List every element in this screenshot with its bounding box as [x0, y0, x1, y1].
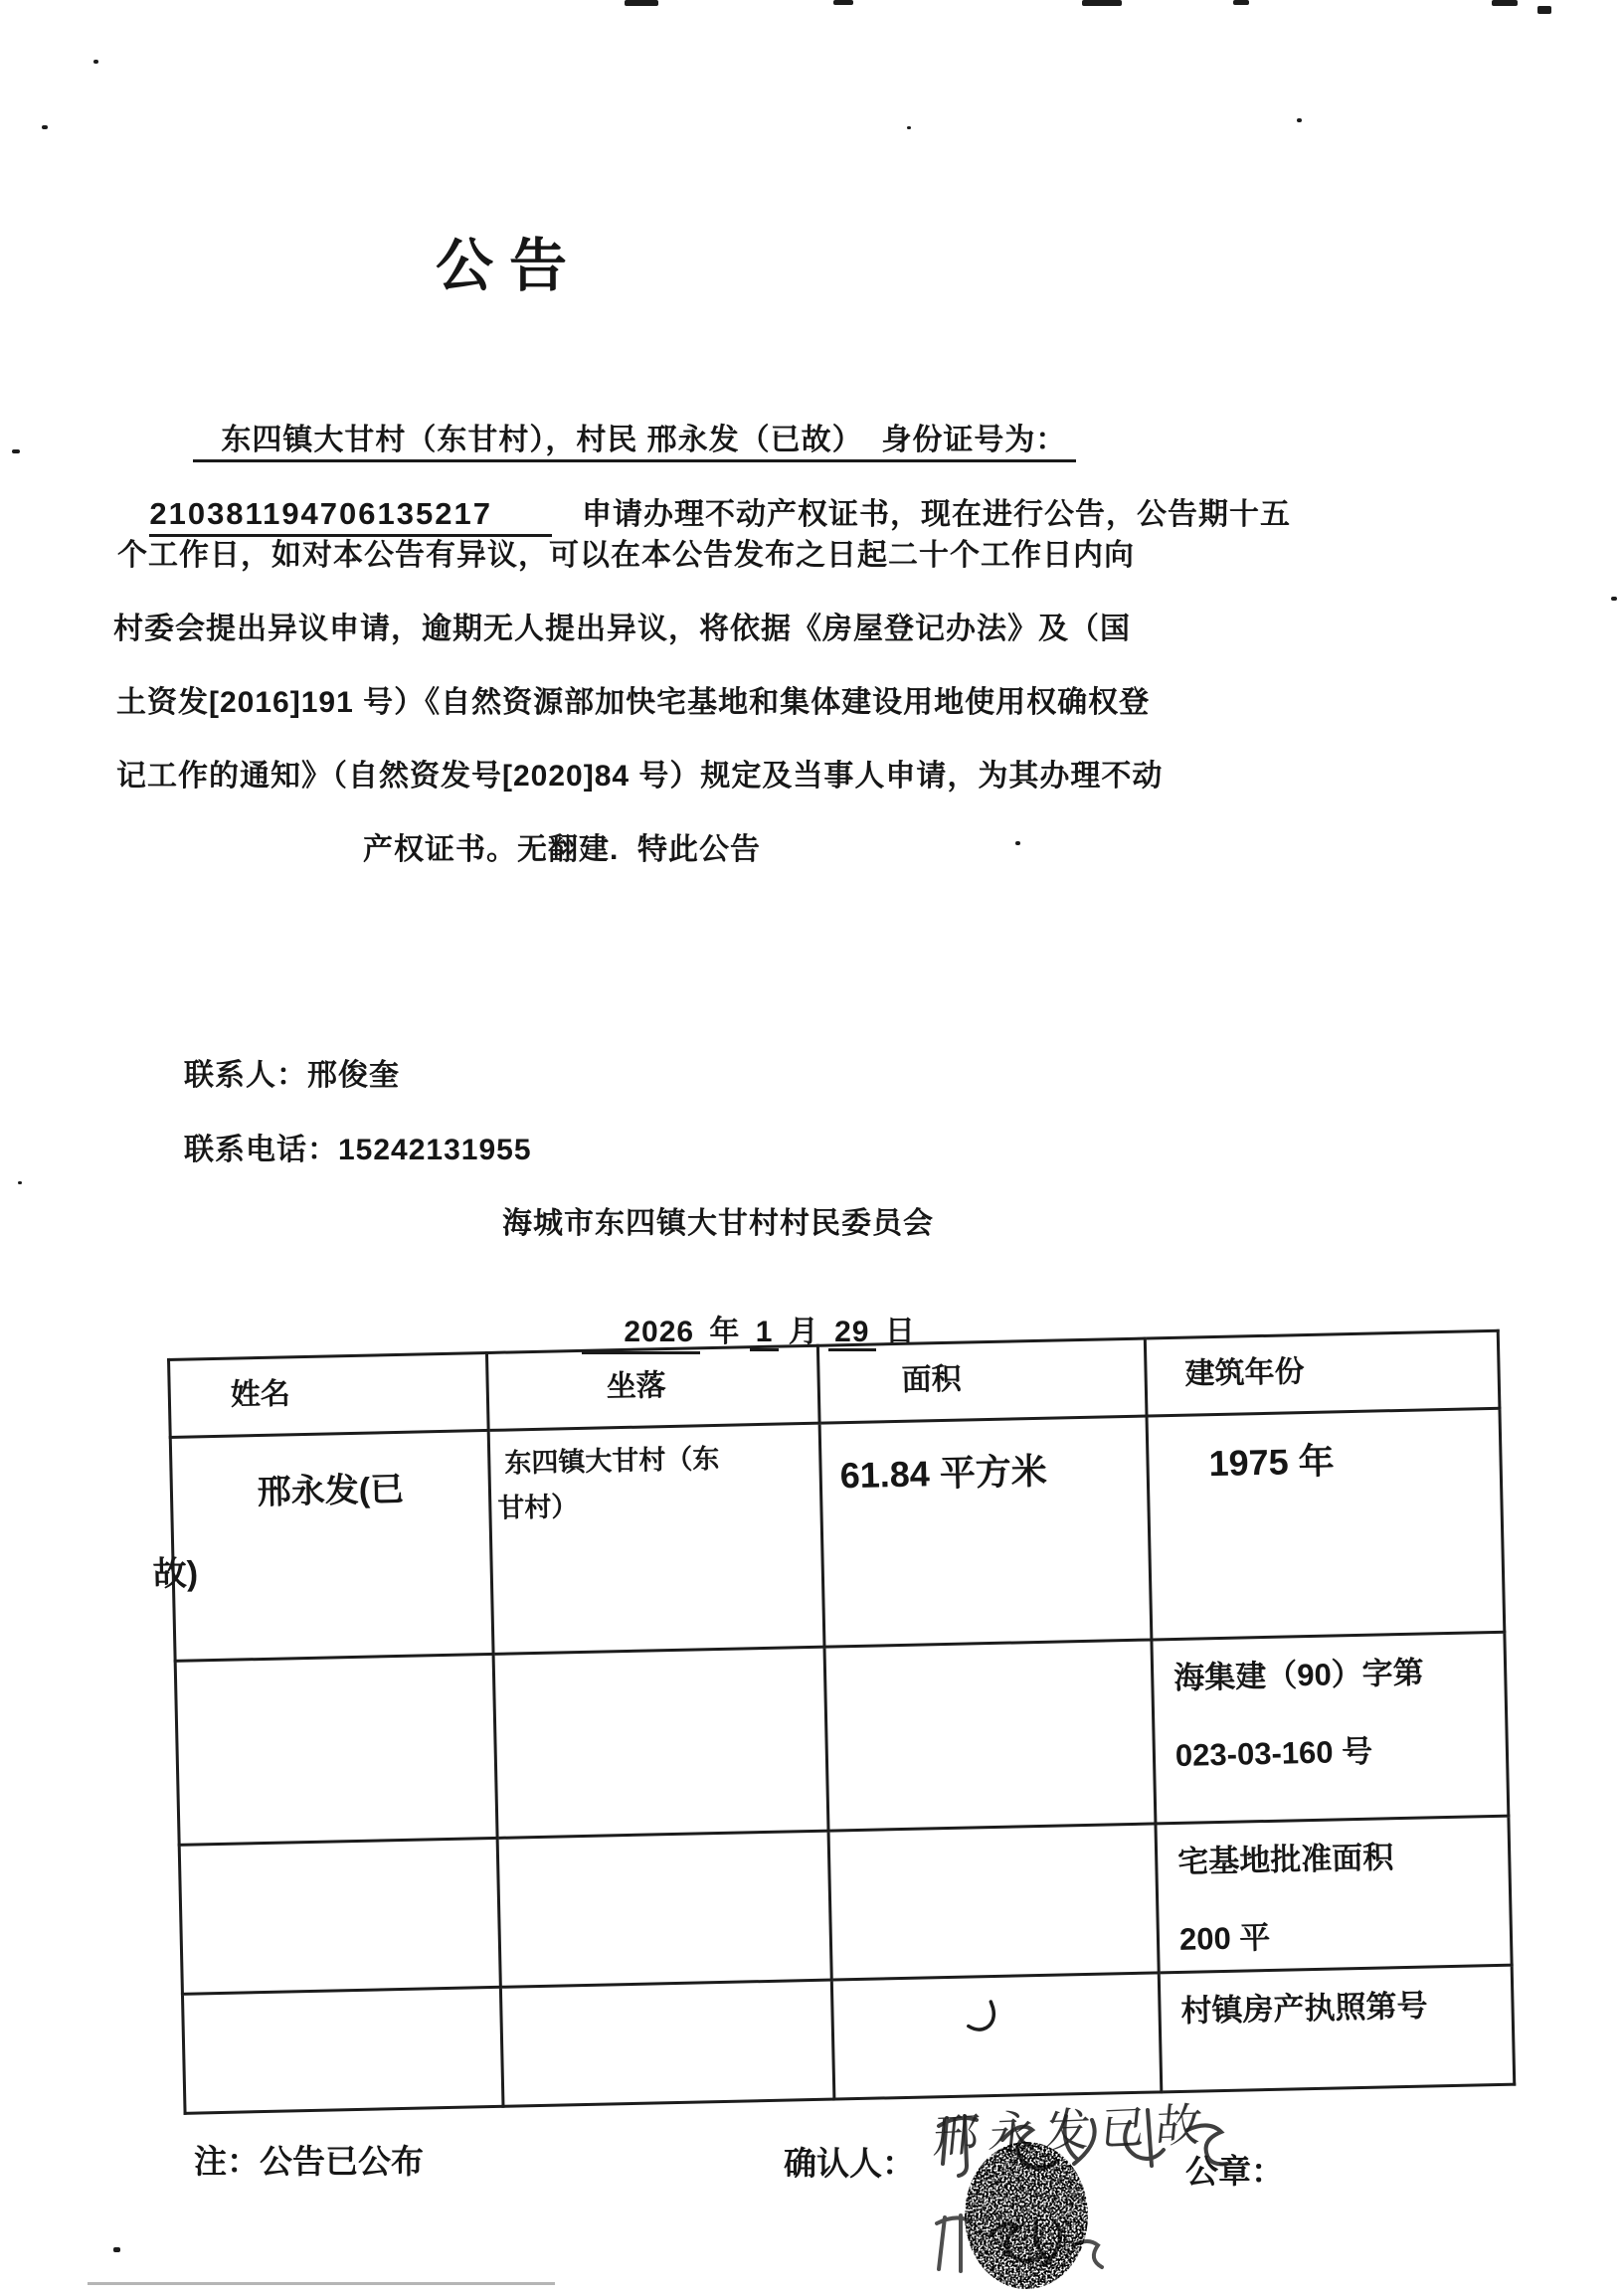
header-location-label: 坐落: [488, 1347, 817, 1408]
cert-line1: 海集建（90）字第: [1153, 1634, 1504, 1703]
scan-speck: [1082, 0, 1122, 6]
confirm-label: 确认人：: [784, 2138, 915, 2185]
table-row: 海集建（90）字第 023-03-160 号: [175, 1632, 1509, 1845]
scan-bottom-line: [88, 2282, 555, 2285]
cell-empty: [175, 1654, 497, 1845]
scan-speck: [1233, 0, 1249, 5]
owner-name-line1: 邢永发(已: [172, 1432, 489, 1515]
location-line2: 甘村）: [491, 1474, 820, 1525]
scan-speck: [1015, 841, 1020, 845]
cell-build-year: 1975 年: [1147, 1408, 1505, 1640]
header-area-label: 面积: [819, 1340, 1145, 1401]
cell-empty: [179, 1838, 500, 1994]
scan-speck: [833, 0, 853, 5]
cell-empty: [182, 1987, 503, 2113]
approved-line2: 200 平: [1159, 1879, 1511, 1960]
approved-line1: 宅基地批准面积: [1157, 1818, 1508, 1887]
table-row: 宅基地批准面积 200 平: [179, 1816, 1512, 1994]
body-line-3: 个工作日，如对本公告有异议，可以在本公告发布之日起二十个工作日内向: [117, 530, 1135, 574]
scanned-notice-page: 公告 东四镇大甘村（东甘村），村民 邢永发（已故） 身份证号为： 2103811…: [0, 0, 1623, 2296]
area-value: 61.84 平方米: [821, 1418, 1148, 1500]
property-table: 姓名 坐落 面积 建筑年份 邢永发(已 故) 东四镇大甘村（东 甘村） 61.8…: [167, 1329, 1516, 2115]
license-text: 村镇房产执照第号: [1161, 1967, 1512, 2036]
cert-line2: 023-03-160 号: [1155, 1695, 1507, 1776]
note-line: 注：公告已公布: [194, 2136, 424, 2183]
body-line-6: 记工作的通知》（自然资发号[2020]84 号）规定及当事人申请，为其办理不动: [116, 751, 1163, 795]
date-year-char: 年: [700, 1316, 750, 1348]
table-header-build-year: 建筑年份: [1145, 1330, 1500, 1416]
scan-speck: [907, 126, 911, 129]
scan-speck: [42, 125, 48, 129]
cell-license-number: 村镇房产执照第号: [1159, 1965, 1515, 2092]
scan-speck: [625, 0, 658, 6]
scan-speck: [1537, 6, 1551, 14]
notice-title: 公告: [436, 219, 583, 302]
cell-cert-number: 海集建（90）字第 023-03-160 号: [1152, 1632, 1509, 1824]
table-row: 邢永发(已 故) 东四镇大甘村（东 甘村） 61.84 平方米 1975 年: [170, 1408, 1505, 1661]
cell-empty: [828, 1824, 1159, 1980]
contact-person-line: 联系人：邢俊奎: [184, 1050, 400, 1094]
body-line-2-text: 申请办理不动产权证书，现在进行公告，公告期十五: [582, 498, 1291, 531]
scan-speck: [1297, 118, 1302, 122]
cell-approved-area: 宅基地批准面积 200 平: [1156, 1816, 1512, 1973]
header-name-label: 姓名: [170, 1354, 486, 1415]
contact-phone-line: 联系电话：15242131955: [184, 1125, 532, 1168]
signature-scrawl-svg: [925, 2096, 1243, 2296]
scan-speck: [113, 2247, 120, 2252]
cell-empty: [824, 1640, 1156, 1831]
body-line-7: 产权证书。无翻建. 特此公告: [363, 824, 761, 868]
owner-name-line2: 故): [152, 1545, 198, 1595]
committee-line: 海城市东四镇大甘村村民委员会: [502, 1198, 934, 1242]
cell-empty: [497, 1831, 831, 1987]
handwritten-mark-icon: [961, 1998, 1001, 2044]
scan-speck: [1611, 597, 1617, 601]
location-line1: 东四镇大甘村（东: [490, 1425, 819, 1481]
table-header-area: 面积: [817, 1338, 1147, 1423]
cell-empty: [500, 1980, 834, 2106]
cell-owner-name: 邢永发(已 故): [170, 1430, 493, 1661]
cell-empty: [493, 1647, 828, 1838]
table-header-location: 坐落: [486, 1345, 819, 1430]
scan-speck: [93, 60, 98, 64]
header-build-year-label: 建筑年份: [1147, 1332, 1498, 1394]
cell-area: 61.84 平方米: [819, 1416, 1152, 1647]
scan-speck: [1492, 0, 1518, 6]
cell-with-mark: [831, 1973, 1162, 2099]
body-line-5: 土资发[2016]191 号）《自然资源部加快宅基地和集体建设用地使用权确权登: [116, 677, 1150, 721]
body-line-4: 村委会提出异议申请，逾期无人提出异议，将依据《房屋登记办法》及（国: [113, 604, 1131, 647]
table-header-name: 姓名: [169, 1352, 489, 1437]
cell-location: 东四镇大甘村（东 甘村）: [488, 1423, 824, 1654]
scan-speck: [18, 1181, 22, 1184]
fingerprint-smudge: [965, 2142, 1088, 2289]
scan-speck: [12, 449, 20, 453]
property-table-wrap: 姓名 坐落 面积 建筑年份 邢永发(已 故) 东四镇大甘村（东 甘村） 61.8…: [167, 1329, 1516, 2115]
build-year-value: 1975 年: [1149, 1410, 1500, 1489]
